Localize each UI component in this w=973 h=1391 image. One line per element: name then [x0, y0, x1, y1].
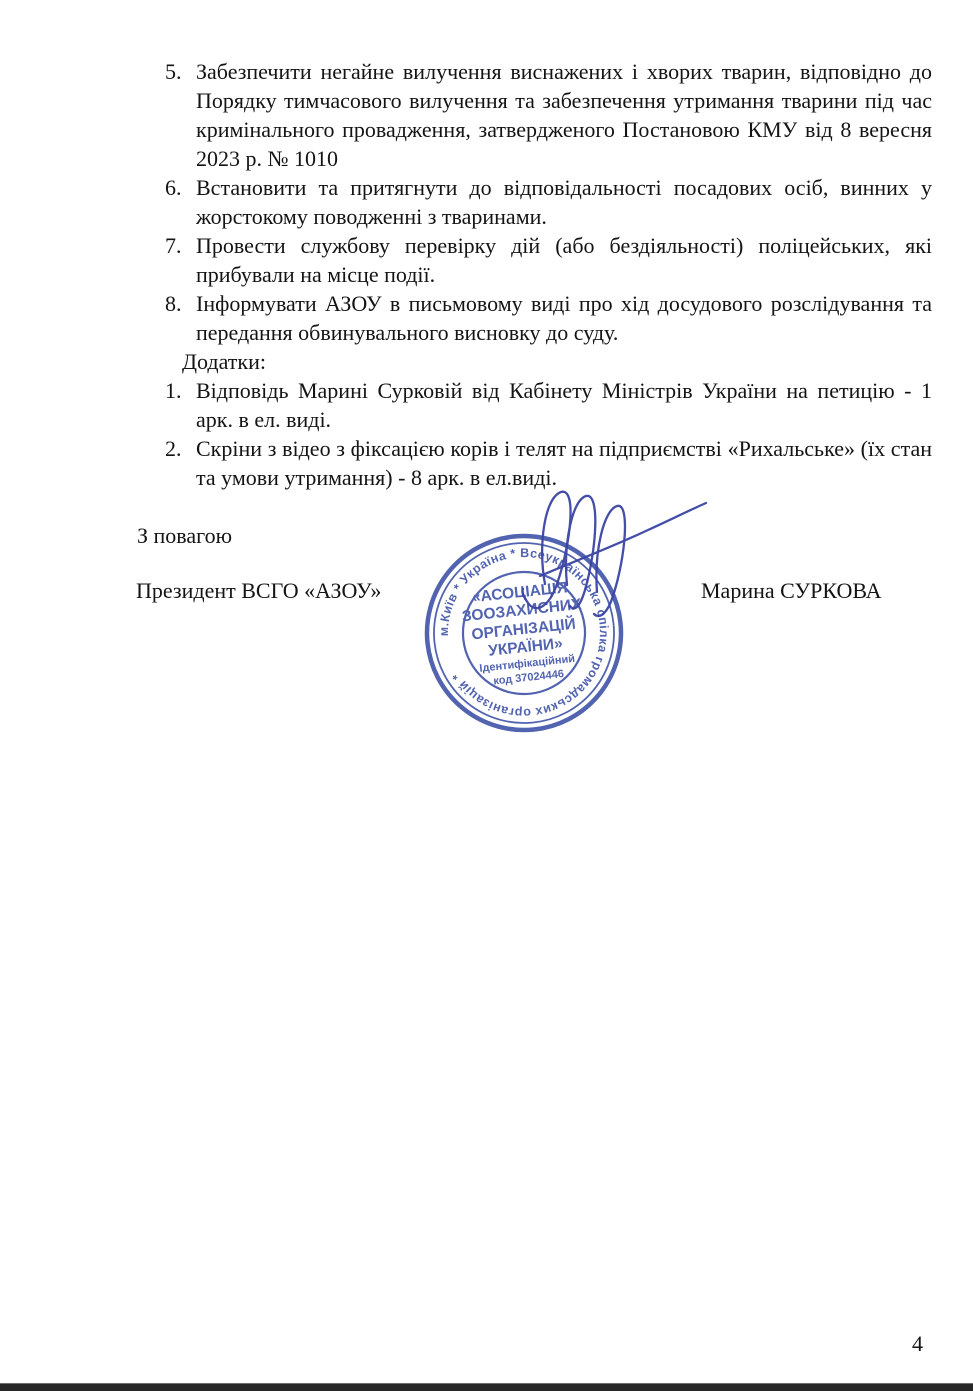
list-item-number: 2. [165, 434, 196, 492]
signer-title: Президент ВСГО «АЗОУ» [136, 576, 381, 605]
list-item-text: Інформувати АЗОУ в письмовому виді про х… [196, 289, 932, 347]
signature-stroke [594, 506, 625, 616]
list-item-number: 8. [165, 289, 196, 347]
bottom-window-edge [0, 1383, 973, 1391]
signature-stroke [522, 492, 570, 608]
list-item-number: 1. [165, 376, 196, 434]
list-item: 8. Інформувати АЗОУ в письмовому виді пр… [165, 289, 932, 347]
list-item: 6. Встановити та притягнути до відповіда… [165, 173, 932, 231]
list-item: 7. Провести службову перевірку дій (або … [165, 231, 932, 289]
document-body: 5. Забезпечити негайне вилучення виснаже… [165, 57, 932, 492]
handwritten-signature [500, 470, 720, 635]
list-item-text: Провести службову перевірку дій (або без… [196, 231, 932, 289]
attachments-heading: Додатки: [182, 347, 932, 376]
list-item-text: Відповідь Марині Сурковій від Кабінету М… [196, 376, 932, 434]
list-item-number: 5. [165, 57, 196, 173]
page-number: 4 [912, 1329, 923, 1358]
list-item: 5. Забезпечити негайне вилучення виснаже… [165, 57, 932, 173]
list-item-number: 7. [165, 231, 196, 289]
list-item-text: Забезпечити негайне вилучення виснажених… [196, 57, 932, 173]
list-item-number: 6. [165, 173, 196, 231]
salutation: З повагою [137, 521, 232, 550]
attachment-item: 1. Відповідь Марині Сурковій від Кабінет… [165, 376, 932, 434]
list-item-text: Встановити та притягнути до відповідальн… [196, 173, 932, 231]
signer-name: Марина СУРКОВА [701, 576, 882, 605]
